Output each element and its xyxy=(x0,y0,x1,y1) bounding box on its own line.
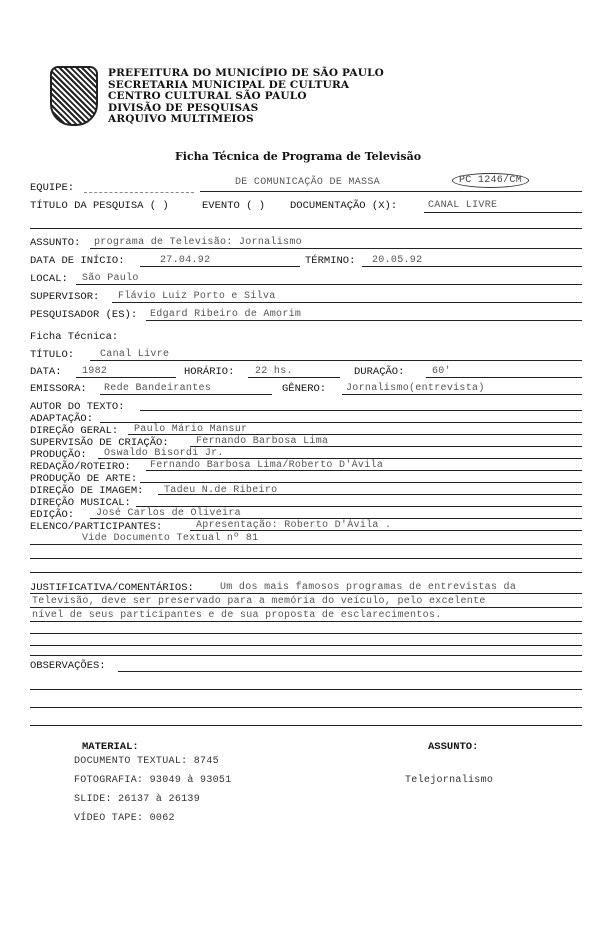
horario-label: HORÁRIO: xyxy=(184,366,234,378)
header-line: CENTRO CULTURAL SÃO PAULO xyxy=(108,91,384,103)
titulo-pesquisa-checkbox[interactable]: TÍTULO DA PESQUISA ( ) xyxy=(30,200,169,212)
adaptacao-label: ADAPTAÇÃO: xyxy=(30,413,93,425)
termino-label: TÉRMINO: xyxy=(305,255,355,267)
local-label: LOCAL: xyxy=(30,273,68,285)
horario-value: 22 hs. xyxy=(255,366,293,377)
duracao-label: DURAÇÃO: xyxy=(354,366,404,378)
documentacao-value: CANAL LIVRE xyxy=(428,200,497,211)
data-inicio-label: DATA DE INÍCIO: xyxy=(30,255,125,267)
assunto-final-heading: ASSUNTO: xyxy=(428,741,478,753)
assunto-label: ASSUNTO: xyxy=(30,237,80,249)
documentacao-checkbox[interactable]: DOCUMENTAÇÃO (X): xyxy=(290,200,397,212)
form-title: Ficha Técnica de Programa de Televisão xyxy=(175,150,421,163)
observacoes-label: OBSERVAÇÕES: xyxy=(30,660,106,672)
autor-texto-label: AUTOR DO TEXTO: xyxy=(30,401,125,413)
equipe-value: DE COMUNICAÇÃO DE MASSA xyxy=(235,177,380,188)
justificativa-line: Um dos mais famosos programas de entrevi… xyxy=(220,582,516,593)
material-item: VÍDEO TAPE: 0062 xyxy=(74,813,175,824)
supervisor-label: SUPERVISOR: xyxy=(30,291,99,303)
justificativa-line: Televisão, deve ser preservado para a me… xyxy=(32,596,486,607)
redacao-roteiro-label: REDAÇÃO/ROTEIRO: xyxy=(30,461,131,473)
local-value: São Paulo xyxy=(82,273,139,284)
reference-stamp: PC 1246/CM xyxy=(452,173,529,188)
producao-arte-label: PRODUÇÃO DE ARTE: xyxy=(30,473,137,485)
material-item: FOTOGRAFIA: 93049 à 93051 xyxy=(74,775,232,786)
coat-of-arms-icon xyxy=(50,66,98,126)
data-label: DATA: xyxy=(30,366,62,378)
header-line: ARQUIVO MULTIMEIOS xyxy=(108,114,384,126)
elenco-value-continued: Vide Documento Textual nº 81 xyxy=(82,533,258,544)
producao-label: PRODUÇÃO: xyxy=(30,449,87,461)
pesquisador-value: Edgard Ribeiro de Amorim xyxy=(150,309,301,320)
emissora-value: Rede Bandeirantes xyxy=(104,383,211,394)
genero-value: Jornalismo(entrevista) xyxy=(346,383,485,394)
material-item: DOCUMENTO TEXTUAL: 8745 xyxy=(74,756,219,767)
justificativa-line: nível de seus participantes e de sua pro… xyxy=(32,610,442,621)
assunto-final-value: Telejornalismo xyxy=(405,775,493,786)
assunto-value: programa de Televisão: Jornalismo xyxy=(94,237,302,248)
evento-checkbox[interactable]: EVENTO ( ) xyxy=(202,200,265,212)
ficha-tecnica-heading: Ficha Técnica: xyxy=(30,331,118,343)
titulo-label: TÍTULO: xyxy=(30,349,74,361)
material-item: SLIDE: 26137 à 26139 xyxy=(74,794,200,805)
titulo-value: Canal Livre xyxy=(100,349,169,360)
direcao-geral-label: DIREÇÃO GERAL: xyxy=(30,425,118,437)
genero-label: GÊNERO: xyxy=(282,383,326,395)
elenco-label: ELENCO/PARTICIPANTES: xyxy=(30,521,162,533)
material-heading: MATERIAL: xyxy=(82,741,139,753)
institution-header: PREFEITURA DO MUNICÍPIO DE SÃO PAULO SEC… xyxy=(108,68,384,126)
data-inicio-value: 27.04.92 xyxy=(160,255,210,266)
direcao-imagem-label: DIREÇÃO DE IMAGEM: xyxy=(30,485,143,497)
header-line: PREFEITURA DO MUNICÍPIO DE SÃO PAULO xyxy=(108,68,384,80)
duracao-value: 60' xyxy=(432,366,451,377)
pesquisador-label: PESQUISADOR (ES): xyxy=(30,309,137,321)
edicao-label: EDIÇÃO: xyxy=(30,509,74,521)
supervisor-value: Flávio Luiz Porto e Silva xyxy=(118,291,276,302)
emissora-label: EMISSORA: xyxy=(30,383,87,395)
data-value: 1982 xyxy=(82,366,107,377)
termino-value: 20.05.92 xyxy=(372,255,422,266)
equipe-label: EQUIPE: xyxy=(30,182,74,194)
